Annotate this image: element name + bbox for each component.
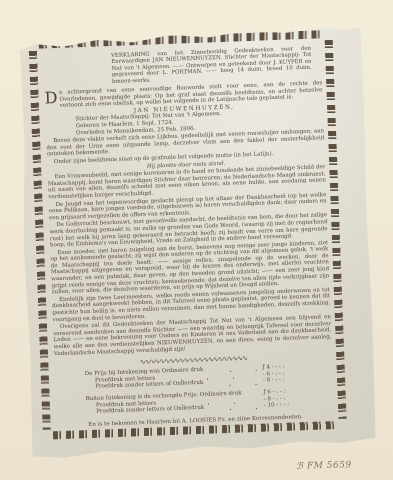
broadside-paper-sheet: VERKLARING van het Zinnebeeldig Gedenkte… bbox=[14, 24, 377, 460]
dot-leader bbox=[208, 406, 260, 412]
price-list: De Prijs bij Intekening was Ordinaire dr… bbox=[85, 362, 334, 416]
drop-cap: D bbox=[44, 90, 59, 106]
document-title: VERKLARING van het Zinnebeeldig Gedenkte… bbox=[111, 46, 312, 85]
price-value: - 10 - : - : bbox=[264, 402, 298, 410]
dot-leader bbox=[245, 392, 259, 397]
scan-page: { "colors":{"paper":"#dcd8cb","mat":"#f0… bbox=[0, 0, 393, 480]
ornamental-border-frame: VERKLARING van het Zinnebeeldig Gedenkte… bbox=[39, 40, 337, 429]
price-value: - 8 - : - : bbox=[263, 377, 297, 385]
handwritten-collection-mark: ℬ FM 5659 bbox=[296, 460, 352, 471]
printed-text-block: VERKLARING van het Zinnebeeldig Gedenkte… bbox=[43, 42, 335, 427]
